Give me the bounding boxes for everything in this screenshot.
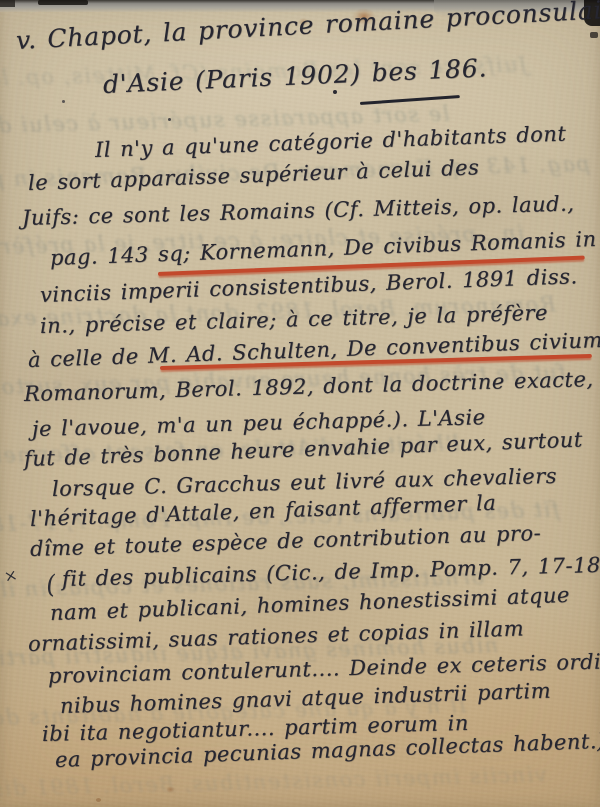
manuscript-page: Juifs: ce sont les Romains (Cf. Mitteis,…	[0, 0, 600, 807]
scan-edge-dark-mark	[38, 0, 88, 5]
margin-paren-mark: (	[45, 570, 58, 600]
ink-speck	[62, 100, 65, 103]
ink-speck	[333, 90, 337, 94]
scan-edge-nick	[590, 32, 598, 38]
scan-edge-dark-mark	[0, 0, 15, 7]
ink-speck	[168, 118, 171, 121]
paper-stain	[166, 786, 175, 793]
margin-cross-mark: ×	[2, 565, 19, 586]
paper-stain	[96, 798, 101, 802]
